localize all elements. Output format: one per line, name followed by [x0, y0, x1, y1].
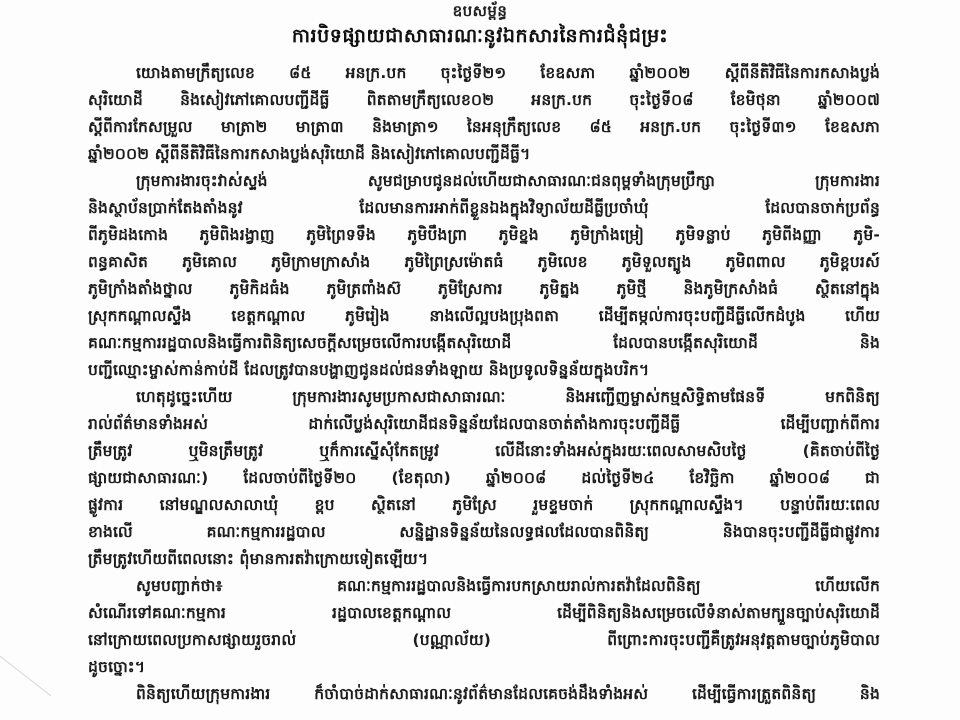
document-title: ការបិទផ្សាយជាសាធារណៈនូវឯកសារនៃការជំនុំជម…: [0, 24, 960, 52]
text-line: ស្តីពីការកែសម្រួល មាត្រា២ មាត្រា៣ និងមាត…: [88, 114, 880, 141]
text-line: និងស្ថាប័នប្រាក់តែងតាំងនូវ ដែលមានការអាក់…: [88, 195, 880, 222]
paragraph: ពិនិត្យហើយក្រុមការងារ ក៏ចាំបាច់ដាក់សាធារ…: [88, 681, 880, 708]
document-header-word: ឧបសម្ព័ន្ធ: [0, 2, 960, 24]
text-line: សូមបញ្ជាក់ថា៖ គណៈកម្មការរដ្ឋបាលនិងធ្វើកា…: [88, 573, 880, 600]
text-line: នៅក្រោយពេលប្រកាសផ្សាយរួចរាល់ (បណ្ណាល័យ) …: [88, 627, 880, 654]
text-line: ផ្លូវការ នៅមណ្ឌលសាលាឃុំ ខ្ពប ស្ថិតនៅ ភូម…: [88, 492, 880, 519]
text-line: យោងតាមក្រឹត្យលេខ ៨៥ អនក្រ.បក ចុះថ្ងៃទី២១…: [88, 60, 880, 87]
paragraph: សូមបញ្ជាក់ថា៖ គណៈកម្មការរដ្ឋបាលនិងធ្វើកា…: [88, 573, 880, 681]
document-page: ឧបសម្ព័ន្ធ ការបិទផ្សាយជាសាធារណៈនូវឯកសារន…: [0, 0, 960, 720]
document-body: យោងតាមក្រឹត្យលេខ ៨៥ អនក្រ.បក ចុះថ្ងៃទី២១…: [88, 60, 880, 708]
text-line: រាល់ព័ត៌មានទាំងអស់ ដាក់លើប្លង់សុរិយោដីជន…: [88, 411, 880, 438]
paper-fold-line: [0, 640, 51, 696]
text-line: ឆ្នាំ២០០២ ស្តីពីនីតិវិធីនៃការកសាងប្លង់សុ…: [88, 141, 880, 168]
text-line: ពន្ធគាសិត ភូមិគោល ភូមិក្រាមក្រាសាំង ភូមិ…: [88, 249, 880, 276]
text-line: ហេតុដូច្នេះហើយ ក្រុមការងារសូមប្រកាសជាសាធ…: [88, 384, 880, 411]
text-line: ស្រុកកណ្ដាលស្ទឹង ខេត្តកណ្ដាល ភូមិរៀង នាង…: [88, 303, 880, 330]
text-line: ផ្សាយជាសាធារណៈ) ដែលចាប់ពីថ្ងៃទី២០ (ខែតុល…: [88, 465, 880, 492]
text-line: ពីភូមិដងកោង ភូមិពិងរង្វាញ ភូមិព្រៃទទឹង ភ…: [88, 222, 880, 249]
text-line: ខាងលើ គណៈកម្មការរដ្ឋបាល សន្និដ្ឋានទិន្នន…: [88, 519, 880, 546]
text-line: ដូចច្នោះ។: [88, 654, 880, 681]
paragraph: ហេតុដូច្នេះហើយ ក្រុមការងារសូមប្រកាសជាសាធ…: [88, 384, 880, 573]
text-line: សំណើរទៅគណៈកម្មការ រដ្ឋបាលខេត្តកណ្ដាល ដើម…: [88, 600, 880, 627]
text-line: ភូមិក្រាំងតាំងថ្នាល ភូមិកិដធំង ភូមិត្រពា…: [88, 276, 880, 303]
text-line: សុរិយោដី និងសៀវភៅគោលបញ្ជីដីធ្លី ពិតតាមក្…: [88, 87, 880, 114]
text-line: ពិនិត្យហើយក្រុមការងារ ក៏ចាំបាច់ដាក់សាធារ…: [88, 681, 880, 708]
text-line: គណៈកម្មការរដ្ឋបាលនិងធ្វើការពិនិត្យសេចក្ត…: [88, 330, 880, 357]
text-line: បញ្ជីឈ្មោះម្ចាស់កាន់កាប់ដី ដែលត្រូវបានបង…: [88, 357, 880, 384]
paragraph: យោងតាមក្រឹត្យលេខ ៨៥ អនក្រ.បក ចុះថ្ងៃទី២១…: [88, 60, 880, 168]
text-line: ត្រឹមត្រូវហើយពីពេលនោះ ពុំមានការតវ៉ាក្រោយ…: [88, 546, 880, 573]
paragraph: ក្រុមការងារចុះវាស់ស្ទង់ សូមជម្រាបជូនដល់ហ…: [88, 168, 880, 384]
text-line: ត្រឹមត្រូវ ឬមិនត្រឹមត្រូវ ឬក៏ការស្នើសុំក…: [88, 438, 880, 465]
text-line: ក្រុមការងារចុះវាស់ស្ទង់ សូមជម្រាបជូនដល់ហ…: [88, 168, 880, 195]
